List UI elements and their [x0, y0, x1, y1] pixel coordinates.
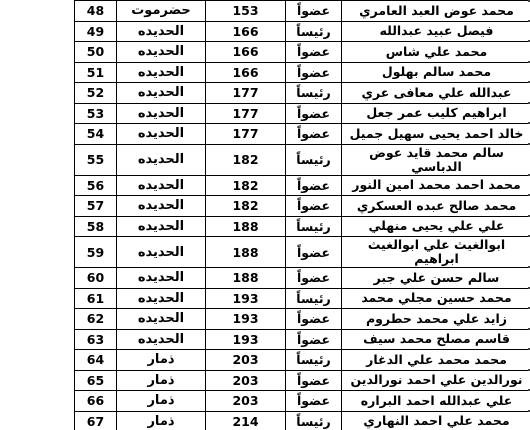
cell-committee-number: 182 [206, 196, 286, 217]
table-row: 67ذمار214رئيساًمحمد علي احمد النهاري [75, 411, 530, 430]
cell-governorate: الحديده [117, 62, 206, 83]
table-row: 59الحديده188عضواًابوالغيث علي ابوالغيث ا… [75, 237, 530, 268]
cell-member-name: محمد علي احمد النهاري [342, 411, 530, 430]
cell-role: رئيساً [286, 83, 342, 104]
cell-committee-number: 182 [206, 175, 286, 196]
cell-governorate: الحديده [117, 329, 206, 350]
cell-committee-number: 166 [206, 21, 286, 42]
cell-committee-number: 153 [206, 1, 286, 22]
cell-member-name: محمد علي شاس [342, 42, 530, 63]
table-row: 51الحديده166عضواًمحمد سالم بهلول [75, 62, 530, 83]
cell-role: عضواً [286, 42, 342, 63]
cell-committee-number: 188 [206, 268, 286, 289]
cell-role: عضواً [286, 62, 342, 83]
cell-role: عضواً [286, 309, 342, 330]
cell-member-name: زايد علي محمد حطروم [342, 309, 530, 330]
cell-role: عضواً [286, 370, 342, 391]
cell-governorate: ذمار [117, 391, 206, 412]
cell-role: عضواً [286, 268, 342, 289]
cell-member-name: محمد عوض العبد العامري [342, 1, 530, 22]
cell-serial-number: 50 [75, 42, 117, 63]
cell-committee-number: 188 [206, 216, 286, 237]
table-row: 49الحديده166رئيساًفيصل عبيد عبدالله [75, 21, 530, 42]
cell-serial-number: 64 [75, 350, 117, 371]
cell-committee-number: 166 [206, 42, 286, 63]
cell-serial-number: 63 [75, 329, 117, 350]
cell-serial-number: 65 [75, 370, 117, 391]
cell-serial-number: 67 [75, 411, 117, 430]
table-row: 54الحديده177عضواًخالد احمد يحيى سهيل جمي… [75, 124, 530, 145]
table-row: 62الحديده193عضواًزايد علي محمد حطروم [75, 309, 530, 330]
cell-governorate: ذمار [117, 370, 206, 391]
cell-member-name: فيصل عبيد عبدالله [342, 21, 530, 42]
cell-committee-number: 177 [206, 103, 286, 124]
members-table: 48حضرموت153عضواًمحمد عوض العبد العامري49… [74, 0, 530, 430]
cell-governorate: الحديده [117, 237, 206, 268]
table-row: 50الحديده166عضواًمحمد علي شاس [75, 42, 530, 63]
cell-role: رئيساً [286, 350, 342, 371]
cell-governorate: الحديده [117, 175, 206, 196]
cell-role: رئيساً [286, 288, 342, 309]
table-row: 58الحديده188رئيساًعلي علي يحيى منهلي [75, 216, 530, 237]
cell-member-name: سالم محمد قايد عوض الدباسي [342, 144, 530, 175]
cell-member-name: محمد محمد علي الدغار [342, 350, 530, 371]
cell-committee-number: 177 [206, 124, 286, 145]
cell-committee-number: 203 [206, 370, 286, 391]
table-row: 55الحديده182رئيساًسالم محمد قايد عوض الد… [75, 144, 530, 175]
cell-serial-number: 53 [75, 103, 117, 124]
cell-governorate: الحديده [117, 288, 206, 309]
table-row: 48حضرموت153عضواًمحمد عوض العبد العامري [75, 1, 530, 22]
table-row: 53الحديده177عضواًابراهيم كليب عمر جعل [75, 103, 530, 124]
cell-committee-number: 214 [206, 411, 286, 430]
cell-member-name: محمد سالم بهلول [342, 62, 530, 83]
table-row: 56الحديده182عضواًمحمد احمد محمد امين الن… [75, 175, 530, 196]
cell-governorate: الحديده [117, 42, 206, 63]
cell-role: رئيساً [286, 411, 342, 430]
cell-role: عضواً [286, 1, 342, 22]
cell-serial-number: 51 [75, 62, 117, 83]
cell-committee-number: 177 [206, 83, 286, 104]
cell-governorate: الحديده [117, 83, 206, 104]
cell-serial-number: 55 [75, 144, 117, 175]
table-row: 52الحديده177رئيساًعبدالله علي معافى عري [75, 83, 530, 104]
table-row: 64ذمار203رئيساًمحمد محمد علي الدغار [75, 350, 530, 371]
cell-committee-number: 193 [206, 288, 286, 309]
cell-member-name: قاسم مصلح محمد سيف [342, 329, 530, 350]
cell-role: عضواً [286, 196, 342, 217]
table-row: 65ذمار203عضواًنورالدين علي احمد نورالدين [75, 370, 530, 391]
table-row: 61الحديده193رئيساًمحمد حسين مجلي محمد [75, 288, 530, 309]
table-row: 57الحديده182عضواًمحمد صالح عبده العسكري [75, 196, 530, 217]
cell-serial-number: 48 [75, 1, 117, 22]
cell-governorate: حضرموت [117, 1, 206, 22]
cell-role: رئيساً [286, 21, 342, 42]
cell-member-name: علي علي يحيى منهلي [342, 216, 530, 237]
cell-governorate: الحديده [117, 268, 206, 289]
cell-governorate: الحديده [117, 124, 206, 145]
cell-member-name: محمد احمد محمد امين النور [342, 175, 530, 196]
table-row: 60الحديده188عضواًسالم حسن علي جبر [75, 268, 530, 289]
cell-role: عضواً [286, 237, 342, 268]
cell-serial-number: 59 [75, 237, 117, 268]
cell-governorate: الحديده [117, 309, 206, 330]
cell-member-name: محمد حسين مجلي محمد [342, 288, 530, 309]
cell-committee-number: 166 [206, 62, 286, 83]
cell-serial-number: 60 [75, 268, 117, 289]
table-row: 63الحديده193عضواًقاسم مصلح محمد سيف [75, 329, 530, 350]
cell-governorate: الحديده [117, 196, 206, 217]
cell-serial-number: 57 [75, 196, 117, 217]
cell-serial-number: 62 [75, 309, 117, 330]
table-row: 66ذمار203عضواًعلي عبدالله احمد البراره [75, 391, 530, 412]
cell-role: رئيساً [286, 144, 342, 175]
table-body: 48حضرموت153عضواًمحمد عوض العبد العامري49… [75, 1, 530, 430]
cell-member-name: خالد احمد يحيى سهيل جميل [342, 124, 530, 145]
cell-committee-number: 193 [206, 329, 286, 350]
cell-serial-number: 56 [75, 175, 117, 196]
cell-member-name: عبدالله علي معافى عري [342, 83, 530, 104]
cell-serial-number: 49 [75, 21, 117, 42]
cell-governorate: ذمار [117, 350, 206, 371]
cell-committee-number: 193 [206, 309, 286, 330]
cell-role: عضواً [286, 329, 342, 350]
cell-member-name: سالم حسن علي جبر [342, 268, 530, 289]
cell-serial-number: 52 [75, 83, 117, 104]
cell-committee-number: 203 [206, 350, 286, 371]
cell-governorate: الحديده [117, 216, 206, 237]
document-page: 48حضرموت153عضواًمحمد عوض العبد العامري49… [0, 0, 530, 430]
cell-governorate: ذمار [117, 411, 206, 430]
cell-serial-number: 61 [75, 288, 117, 309]
cell-serial-number: 54 [75, 124, 117, 145]
cell-role: عضواً [286, 103, 342, 124]
cell-member-name: محمد صالح عبده العسكري [342, 196, 530, 217]
cell-committee-number: 182 [206, 144, 286, 175]
cell-governorate: الحديده [117, 103, 206, 124]
cell-governorate: الحديده [117, 144, 206, 175]
cell-committee-number: 203 [206, 391, 286, 412]
cell-role: رئيساً [286, 216, 342, 237]
cell-serial-number: 58 [75, 216, 117, 237]
cell-role: عضواً [286, 175, 342, 196]
cell-role: عضواً [286, 124, 342, 145]
cell-member-name: نورالدين علي احمد نورالدين [342, 370, 530, 391]
cell-member-name: ابوالغيث علي ابوالغيث ابراهيم [342, 237, 530, 268]
cell-role: عضواً [286, 391, 342, 412]
cell-member-name: ابراهيم كليب عمر جعل [342, 103, 530, 124]
cell-serial-number: 66 [75, 391, 117, 412]
cell-governorate: الحديده [117, 21, 206, 42]
cell-member-name: علي عبدالله احمد البراره [342, 391, 530, 412]
cell-committee-number: 188 [206, 237, 286, 268]
